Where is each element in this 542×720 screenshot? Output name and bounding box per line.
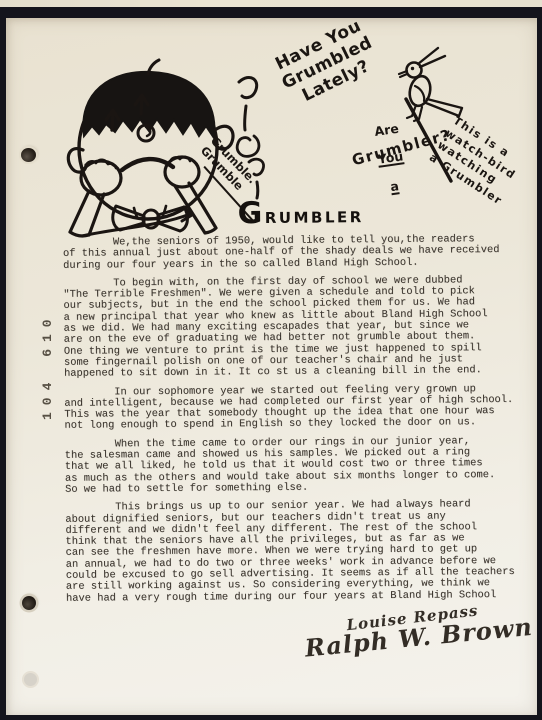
article-zone: Grumbler We,the seniors of 1950, would l…: [6, 18, 537, 715]
paragraph-junior-year: When the time came to order our rings in…: [65, 436, 527, 497]
paragraph-intro: We,the seniors of 1950, would like to te…: [63, 234, 525, 272]
article-body: We,the seniors of 1950, would like to te…: [63, 234, 528, 612]
page-title: Grumbler: [238, 195, 364, 231]
paragraph-freshman-year: To begin with, on the first day of schoo…: [63, 275, 526, 381]
paper-sheet: 104 610: [6, 18, 537, 715]
paragraph-sophomore-year: In our sophomore year we started out fee…: [64, 383, 526, 432]
scan-edge-strip: [0, 0, 542, 7]
paragraph-senior-year: This brings us up to our senior year. We…: [65, 499, 528, 605]
scanned-yearbook-page: 104 610: [0, 0, 542, 720]
